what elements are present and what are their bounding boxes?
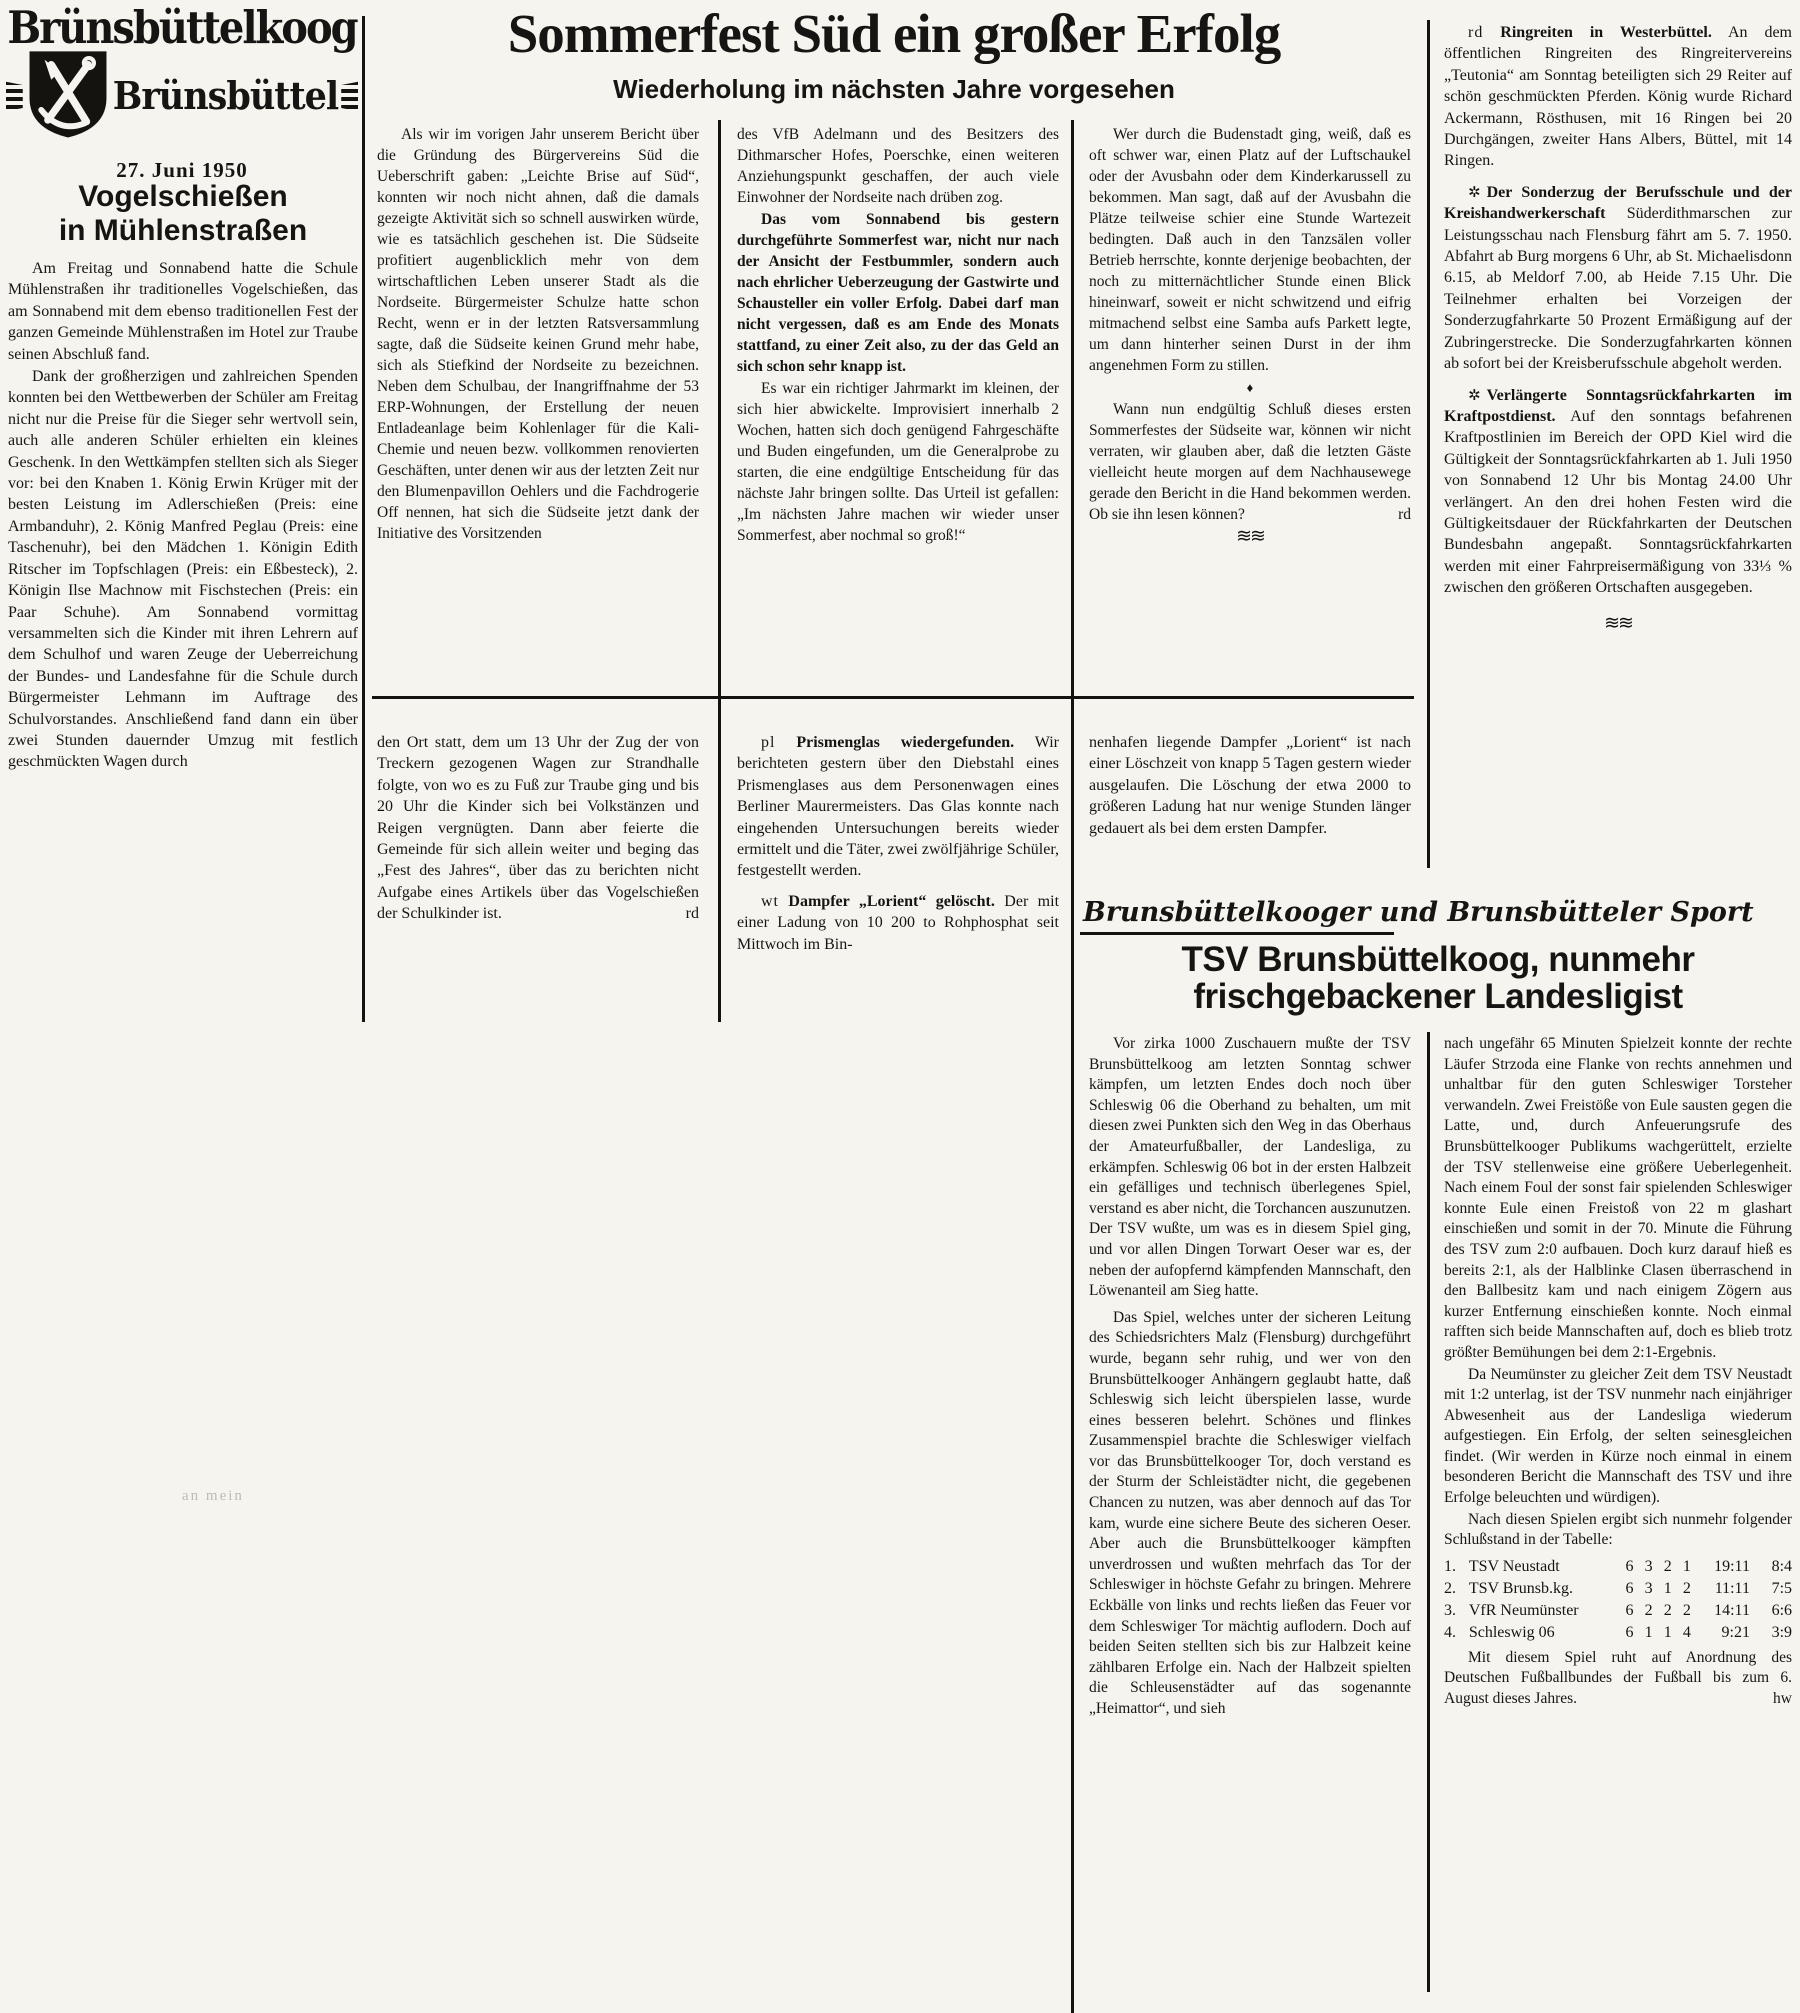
table-cell-losses: 4 — [1677, 1622, 1696, 1644]
sports-section-kicker: Brunsbüttelkooger und Brunsbütteler Spor… — [1083, 897, 1413, 928]
table-cell-draws: 1 — [1658, 1622, 1677, 1644]
table-cell-draws: 1 — [1658, 1578, 1677, 1600]
table-cell-losses: 2 — [1677, 1578, 1696, 1600]
news-item-sonderzug: ✲Der Sonderzug der Berufsschule und der … — [1444, 182, 1792, 375]
right-news-column: rd Ringreiten in Westerbüttel. An dem öf… — [1444, 22, 1792, 634]
masthead-title-line1: Brünsbüttelkoog — [6, 6, 358, 51]
table-cell-goals: 14:11 — [1696, 1600, 1750, 1622]
left-article-title: Vogelschießen in Mühlenstraßen — [8, 180, 358, 248]
news-item-dampfer: wt Dampfer „Lorient“ gelöscht. Der mit e… — [737, 891, 1059, 955]
table-cell-team: VfR Neumünster — [1469, 1600, 1620, 1622]
main-article-paragraph: Wer durch die Budenstadt ging, weiß, daß… — [1089, 124, 1411, 376]
news-item-text: An dem öffentlichen Ringreiten des Ringr… — [1444, 24, 1792, 169]
table-row: 4. Schleswig 06 6 1 1 4 9:21 3:9 — [1444, 1622, 1792, 1644]
left-article-continuation: den Ort statt, dem um 13 Uhr der Zug der… — [377, 732, 699, 925]
table-cell-team: TSV Brunsb.kg. — [1469, 1578, 1620, 1600]
ribbon-right-icon — [341, 81, 358, 113]
masthead: Brünsbüttelkoog Brünsbüttel 27. Juni 195… — [6, 6, 358, 183]
table-cell-points: 8:4 — [1750, 1556, 1792, 1578]
sports-closing-text: Mit diesem Spiel ruht auf Anordnung des … — [1444, 1649, 1792, 1707]
main-article-closing-text: Wann nun endgültig Schluß dieses ersten … — [1089, 401, 1411, 523]
column-divider-4-upper — [1427, 20, 1430, 868]
author-initials: rd — [1374, 504, 1411, 525]
table-cell-goals: 19:11 — [1696, 1556, 1750, 1578]
main-article-paragraph: des VfB Adelmann und des Besitzers des D… — [737, 124, 1059, 208]
masthead-title-line2: Brünsbüttel — [113, 77, 338, 116]
table-cell-team: Schleswig 06 — [1469, 1622, 1620, 1644]
table-cell-draws: 2 — [1658, 1556, 1677, 1578]
left-article-paragraph: den Ort statt, dem um 13 Uhr der Zug der… — [377, 732, 699, 925]
table-cell-pos: 4. — [1444, 1622, 1469, 1644]
table-cell-team: TSV Neustadt — [1469, 1556, 1620, 1578]
column-divider-3 — [1071, 120, 1074, 2013]
table-cell-goals: 9:21 — [1696, 1622, 1750, 1644]
table-cell-pos: 3. — [1444, 1600, 1469, 1622]
newspaper-page: Brünsbüttelkoog Brünsbüttel 27. Juni 195… — [0, 0, 1800, 2013]
table-row: 1. TSV Neustadt 6 3 2 1 19:11 8:4 — [1444, 1556, 1792, 1578]
main-article-col2: des VfB Adelmann und des Besitzers des D… — [737, 124, 1059, 546]
table-cell-goals: 11:11 — [1696, 1578, 1750, 1600]
table-cell-games: 6 — [1620, 1556, 1639, 1578]
star-icon: ✲ — [1468, 183, 1487, 201]
author-initials: hw — [1749, 1689, 1792, 1710]
star-icon: ✲ — [1468, 386, 1487, 404]
table-cell-games: 6 — [1620, 1622, 1639, 1644]
news-item-rueckfahrkarten: ✲Verlängerte Sonntagsrückfahrkarten im K… — [1444, 385, 1792, 599]
news-item-ringreiten: rd Ringreiten in Westerbüttel. An dem öf… — [1444, 22, 1792, 172]
column-divider-2 — [718, 120, 721, 1022]
table-cell-losses: 2 — [1677, 1600, 1696, 1622]
news-item-text: Süderdithmarschen zur Leistungsschau nac… — [1444, 205, 1792, 372]
news-item-prefix: pl — [761, 734, 775, 751]
table-cell-wins: 1 — [1639, 1622, 1658, 1644]
town-crest-icon — [26, 48, 110, 145]
table-cell-draws: 2 — [1658, 1600, 1677, 1622]
sports-paragraph: Das Spiel, welches unter der sicheren Le… — [1089, 1308, 1411, 1720]
sports-article-col2: nach ungefähr 65 Minuten Spielzeit konnt… — [1444, 1034, 1792, 1710]
sports-headline-line2: frischgebackener Landesligist — [1193, 977, 1682, 1016]
news-item-prefix: wt — [761, 893, 779, 910]
main-headline: Sommerfest Süd ein großer Erfolg — [372, 4, 1416, 65]
news-item-dampfer-continuation: nenhafen liegende Dampfer „Lorient“ ist … — [1089, 732, 1411, 839]
sports-headline: TSV Brunsbüttelkoog, nunmehr frischgebac… — [1085, 941, 1791, 1015]
table-row: 3. VfR Neumünster 6 2 2 2 14:11 6:6 — [1444, 1600, 1792, 1622]
table-cell-games: 6 — [1620, 1600, 1639, 1622]
sports-paragraph: Da Neumünster zu gleicher Zeit dem TSV N… — [1444, 1365, 1792, 1509]
section-divider — [372, 696, 1414, 699]
sports-paragraph: nach ungefähr 65 Minuten Spielzeit konnt… — [1444, 1034, 1792, 1364]
sports-article-col1: Vor zirka 1000 Zuschauern mußte der TSV … — [1089, 1034, 1411, 1720]
main-article-col3: Wer durch die Budenstadt ging, weiß, daß… — [1089, 124, 1411, 547]
end-squiggle-icon: ≋≋ — [1089, 526, 1411, 547]
news-item-title: Ringreiten in Westerbüttel. — [1500, 24, 1712, 41]
left-article-continuation-text: den Ort statt, dem um 13 Uhr der Zug der… — [377, 734, 699, 922]
news-item-prefix: rd — [1468, 24, 1483, 41]
table-cell-pos: 2. — [1444, 1578, 1469, 1600]
sports-paragraph: Vor zirka 1000 Zuschauern mußte der TSV … — [1089, 1034, 1411, 1302]
table-row: 2. TSV Brunsb.kg. 6 3 1 2 11:11 7:5 — [1444, 1578, 1792, 1600]
left-article-title-line1: Vogelschießen — [78, 180, 288, 213]
left-article-paragraph: Dank der großherzigen und zahlreichen Sp… — [8, 366, 358, 773]
news-item-title: Dampfer „Lorient“ gelöscht. — [788, 893, 994, 910]
main-article-paragraph: Wann nun endgültig Schluß dieses ersten … — [1089, 399, 1411, 525]
league-table: 1. TSV Neustadt 6 3 2 1 19:11 8:4 2. TSV… — [1444, 1556, 1792, 1644]
table-cell-wins: 3 — [1639, 1578, 1658, 1600]
print-bleed-text: an mein — [182, 1488, 244, 1505]
table-cell-points: 3:9 — [1750, 1622, 1792, 1644]
news-item-text: Auf den sonntags befahrenen Kraftpostlin… — [1444, 408, 1792, 596]
sports-paragraph: Nach diesen Spielen ergibt sich nunmehr … — [1444, 1510, 1792, 1551]
table-cell-wins: 3 — [1639, 1556, 1658, 1578]
sports-paragraph: Mit diesem Spiel ruht auf Anordnung des … — [1444, 1648, 1792, 1710]
main-article-paragraph: Es war ein richtiger Jahrmarkt im kleine… — [737, 378, 1059, 546]
main-article-paragraph-bold: Das vom Sonnabend bis gestern durchgefüh… — [737, 209, 1059, 377]
main-article-col1: Als wir im vorigen Jahr unserem Bericht … — [377, 124, 699, 544]
news-item-title: Prismenglas wiedergefunden. — [796, 734, 1014, 751]
table-cell-wins: 2 — [1639, 1600, 1658, 1622]
news-item-prismenglas: pl Prismenglas wiedergefunden. Wir beric… — [737, 732, 1059, 882]
table-cell-points: 6:6 — [1750, 1600, 1792, 1622]
table-cell-games: 6 — [1620, 1578, 1639, 1600]
ribbon-left-icon — [6, 81, 23, 113]
left-article-vogelschiessen: Vogelschießen in Mühlenstraßen Am Freita… — [8, 180, 358, 773]
table-cell-losses: 1 — [1677, 1556, 1696, 1578]
news-briefs-middle: pl Prismenglas wiedergefunden. Wir beric… — [737, 732, 1059, 955]
news-item-text: nenhafen liegende Dampfer „Lorient“ ist … — [1089, 732, 1411, 839]
author-initials: rd — [686, 903, 699, 924]
masthead-row: Brünsbüttel — [6, 48, 358, 145]
sports-headline-line1: TSV Brunsbüttelkoog, nunmehr — [1182, 940, 1695, 979]
left-article-title-line2: in Mühlenstraßen — [59, 214, 307, 247]
main-subhead: Wiederholung im nächsten Jahre vorgesehe… — [372, 74, 1416, 105]
main-article-paragraph: Als wir im vorigen Jahr unserem Bericht … — [377, 124, 699, 544]
paragraph-separator-icon: ♦ — [1089, 377, 1411, 398]
news-item-text: Wir berichteten gestern über den Diebsta… — [737, 734, 1059, 879]
column-divider-4-lower — [1427, 1032, 1430, 1992]
sports-kicker-underline — [1080, 932, 1394, 935]
end-squiggle-icon: ≋≋ — [1444, 613, 1792, 634]
table-cell-pos: 1. — [1444, 1556, 1469, 1578]
left-article-paragraph: Am Freitag und Sonnabend hatte die Schul… — [8, 258, 358, 365]
column-divider-1 — [362, 16, 365, 1022]
table-cell-points: 7:5 — [1750, 1578, 1792, 1600]
